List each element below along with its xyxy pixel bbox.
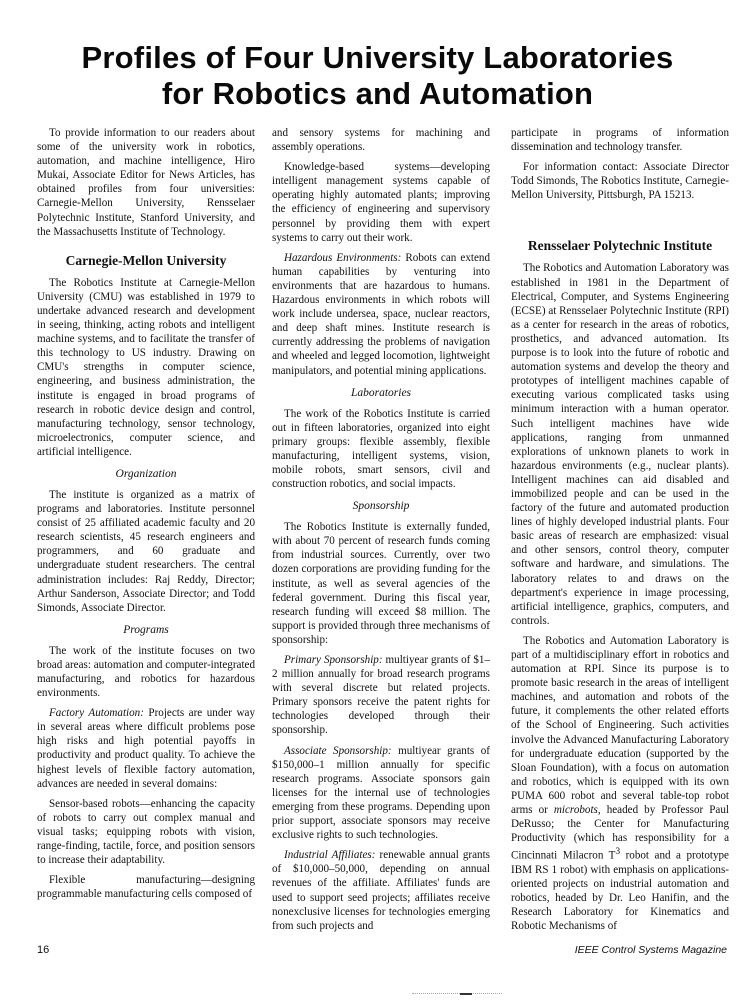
scan-artifact [412, 993, 502, 995]
rpi-paragraph-2: The Robotics and Automation Laboratory i… [511, 634, 729, 934]
flexible-manufacturing-paragraph: Flexible manufacturing—designing program… [37, 873, 255, 901]
sponsorship-subheading: Sponsorship [272, 499, 490, 513]
primary-sponsorship-paragraph: Primary Sponsorship: multiyear grants of… [272, 653, 490, 738]
industrial-affiliates-paragraph: Industrial Affiliates: renewable annual … [272, 848, 490, 933]
knowledge-systems-paragraph: Knowledge-based systems—developing intel… [272, 160, 490, 245]
organization-paragraph: The institute is organized as a matrix o… [37, 488, 255, 615]
column-3: participate in programs of information d… [511, 126, 729, 940]
laboratories-subheading: Laboratories [272, 386, 490, 400]
primary-sponsorship-label: Primary Sponsorship: [284, 654, 383, 666]
industrial-affiliates-label: Industrial Affiliates: [284, 849, 375, 861]
rpi-paragraph-2-part-c: robot and a prototype IBM RS 1 robot) wi… [511, 850, 729, 932]
rpi-heading: Rensselaer Polytechnic Institute [511, 238, 729, 254]
factory-automation-label: Factory Automation: [49, 707, 144, 719]
laboratories-paragraph: The work of the Robotics Institute is ca… [272, 407, 490, 492]
section-gap [511, 208, 729, 224]
primary-sponsorship-text: multiyear grants of $1–2 million annuall… [272, 654, 490, 736]
intro-paragraph: To provide information to our readers ab… [37, 126, 255, 239]
hazardous-environments-text: Robots can extend human capabilities by … [272, 252, 490, 377]
factory-automation-paragraph: Factory Automation: Projects are under w… [37, 706, 255, 791]
hazardous-environments-label: Hazardous Environments: [284, 252, 401, 264]
programs-paragraph: The work of the institute focuses on two… [37, 644, 255, 700]
journal-name: IEEE Control Systems Magazine [575, 944, 727, 956]
hazardous-environments-paragraph: Hazardous Environments: Robots can exten… [272, 251, 490, 378]
cmu-heading: Carnegie-Mellon University [37, 253, 255, 269]
associate-sponsorship-label: Associate Sponsorship: [284, 745, 392, 757]
title-line-2: for Robotics and Automation [0, 76, 755, 112]
rpi-paragraph-1: The Robotics and Automation Laboratory w… [511, 261, 729, 627]
cmu-paragraph: The Robotics Institute at Carnegie-Mello… [37, 276, 255, 459]
article-title: Profiles of Four University Laboratories… [0, 40, 755, 112]
sensor-robots-paragraph: Sensor-based robots—enhancing the capaci… [37, 797, 255, 867]
sponsorship-paragraph: The Robotics Institute is externally fun… [272, 520, 490, 647]
associate-sponsorship-paragraph: Associate Sponsorship: multiyear grants … [272, 744, 490, 843]
microbots-term: microbots, [554, 804, 601, 816]
organization-subheading: Organization [37, 467, 255, 481]
contact-paragraph: For information contact: Associate Direc… [511, 160, 729, 202]
page-number: 16 [37, 944, 49, 956]
rpi-paragraph-2-part-a: The Robotics and Automation Laboratory i… [511, 635, 729, 816]
title-line-1: Profiles of Four University Laboratories [0, 40, 755, 76]
programs-subheading: Programs [37, 623, 255, 637]
industrial-affiliates-text: renewable annual grants of $10,000–50,00… [272, 849, 490, 931]
column-1: To provide information to our readers ab… [37, 126, 255, 907]
continued-paragraph: participate in programs of information d… [511, 126, 729, 154]
factory-automation-text: Projects are under way in several areas … [37, 707, 255, 789]
associate-sponsorship-text: multiyear grants of $150,000–1 million a… [272, 745, 490, 842]
continued-paragraph: and sensory systems for machining and as… [272, 126, 490, 154]
column-2: and sensory systems for machining and as… [272, 126, 490, 939]
